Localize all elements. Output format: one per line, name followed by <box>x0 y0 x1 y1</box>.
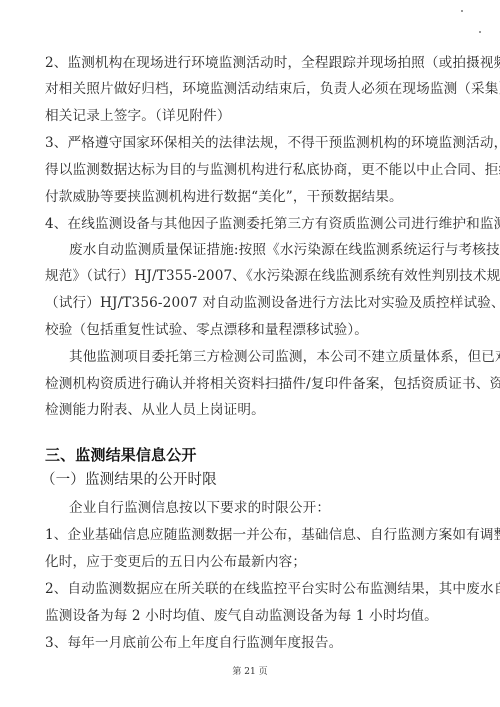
paragraph-line: 2、自动监测数据应在所关联的在线监控平台实时公布监测结果，其中废水自动 <box>45 580 457 598</box>
page-number: 第 21 页 <box>0 664 500 677</box>
scan-speck <box>479 31 481 33</box>
paragraph-line: 对相关照片做好归档，环境监测活动结束后，负责人必须在现场监测（采集） <box>45 80 457 98</box>
paragraph-line: 废水自动监测质量保证措施:按照《水污染源在线监测系统运行与考核技术 <box>69 241 481 259</box>
scan-speck <box>461 10 463 12</box>
paragraph-line: （试行）HJ/T356-2007 对自动监测设备进行方法比对实验及质控样试验、现… <box>45 294 457 312</box>
paragraph-line: 得以监测数据达标为目的与监测机构进行私底协商，更不能以中止合同、拒绝 <box>45 161 457 179</box>
paragraph-line: 相关记录上签字。（详见附件） <box>45 107 457 125</box>
section-heading: 三、监测结果信息公开 <box>45 446 457 464</box>
paragraph-line: 3、严格遵守国家环保相关的法律法规，不得干预监测机构的环境监测活动，不 <box>45 134 457 152</box>
paragraph-line: 企业自行监测信息按以下要求的时限公开： <box>69 499 481 517</box>
paragraph-line: 检测机构资质进行确认并将相关资料扫描件/复印件备案，包括资质证书、资质 <box>45 375 457 393</box>
paragraph-line: 1、企业基础信息应随监测数据一并公布，基础信息、自行监测方案如有调整变 <box>45 526 457 544</box>
subsection-heading: （一）监测结果的公开时限 <box>41 471 453 489</box>
paragraph-line: 付款威胁等要挟监测机构进行数据“美化”，干预数据结果。 <box>45 188 457 206</box>
paragraph-line: 4、在线监测设备与其他因子监测委托第三方有资质监测公司进行维护和监测。 <box>45 215 457 233</box>
paragraph-line: 化时，应于变更后的五日内公布最新内容； <box>45 553 457 571</box>
document-page: 2、监测机构在现场进行环境监测活动时，全程跟踪并现场拍照（或拍摄视频）， 对相关… <box>0 0 500 707</box>
paragraph-line: 监测设备为每 2 小时均值、废气自动监测设备为每 1 小时均值。 <box>45 607 457 625</box>
paragraph-line: 3、每年一月底前公布上年度自行监测年度报告。 <box>45 634 457 652</box>
paragraph-line: 校验（包括重复性试验、零点漂移和量程漂移试验）。 <box>45 321 457 339</box>
paragraph-line: 其他监测项目委托第三方检测公司监测，本公司不建立质量体系，但已对 <box>69 348 481 366</box>
paragraph-line: 规范》（试行）HJ/T355-2007、《水污染源在线监测系统有效性判别技术规范… <box>45 267 457 285</box>
paragraph-line: 2、监测机构在现场进行环境监测活动时，全程跟踪并现场拍照（或拍摄视频）， <box>45 54 457 72</box>
paragraph-line: 检测能力附表、从业人员上岗证明。 <box>45 401 457 419</box>
